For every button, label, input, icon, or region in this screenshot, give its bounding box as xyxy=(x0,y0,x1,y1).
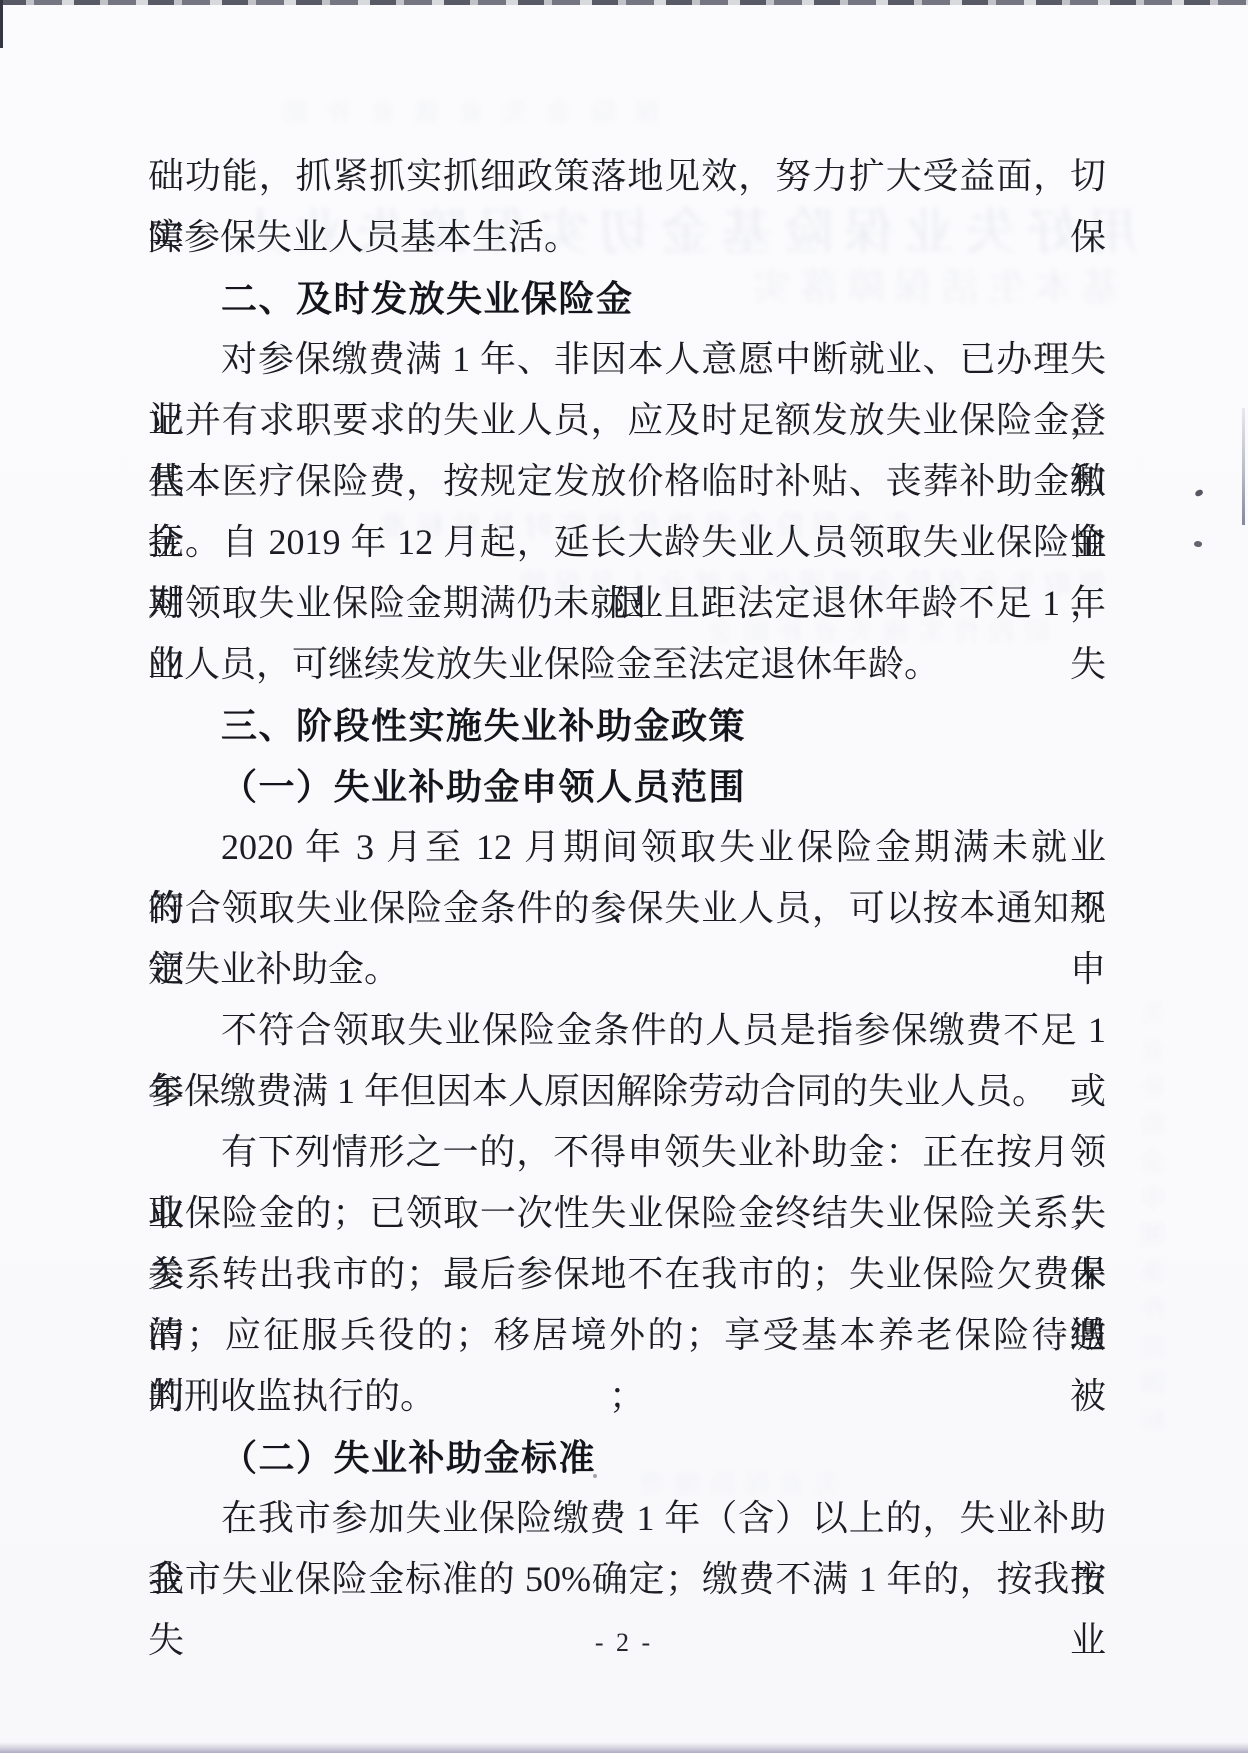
scanned-page: 保险金失业就业补助用好失业保险基金切实保障失业人员基本生活保障落实失业保险金发放… xyxy=(0,0,1248,1753)
heading-line: 三、阶段性实施失业补助金政策 xyxy=(148,695,1106,756)
body-line: 基本医疗保险费，按规定发放价格临时补贴、丧葬补助金和抚恤 xyxy=(148,451,1106,512)
body-line: 不符合领取失业保险金条件的人员是指参保缴费不足 1 年或 xyxy=(148,1000,1106,1061)
body-line: 符合领取失业保险金条件的参保失业人员，可以按本通知规定申 xyxy=(148,878,1106,939)
scan-edge-right-dash xyxy=(1242,408,1245,525)
body-line: 对领取失业保险金期满仍未就业且距法定退休年龄不足 1 年的失 xyxy=(148,573,1106,634)
heading-line: （二）失业补助金标准 xyxy=(148,1427,1106,1488)
bleedthrough-artifact: 保险金失业就业补助 xyxy=(160,92,660,129)
document-body: 础功能，抓紧抓实抓细政策落地见效，努力扩大受益面，切实保障参保失业人员基本生活。… xyxy=(148,146,1106,1610)
body-line: 记并有求职要求的失业人员，应及时足额发放失业保险金，代缴 xyxy=(148,390,1106,451)
body-line: 参保缴费满 1 年但因本人原因解除劳动合同的失业人员。 xyxy=(148,1061,1106,1122)
body-line: 2020 年 3 月至 12 月期间领取失业保险金期满未就业的、不 xyxy=(148,817,1106,878)
heading-line: 二、及时发放失业保险金 xyxy=(148,268,1106,329)
body-line: 我市失业保险金标准的 50%确定；缴费不满 1 年的，按我市失业 xyxy=(148,1549,1106,1610)
heading-line: （一）失业补助金申领人员范围 xyxy=(148,756,1106,817)
ink-speck xyxy=(1194,489,1203,497)
body-line: 础功能，抓紧抓实抓细政策落地见效，努力扩大受益面，切实保 xyxy=(148,146,1106,207)
scan-edge-bottom xyxy=(0,1742,1248,1753)
scan-edge-top xyxy=(0,0,1248,5)
body-line: 关系转出我市的；最后参保地不在我市的；失业保险欠费未清缴 xyxy=(148,1244,1106,1305)
body-line: 对参保缴费满 1 年、非因本人意愿中断就业、已办理失业登 xyxy=(148,329,1106,390)
ink-speck xyxy=(1193,540,1202,548)
body-line: 的；应征服兵役的；移居境外的；享受基本养老保险待遇的；被 xyxy=(148,1305,1106,1366)
scan-edge-left xyxy=(0,0,3,48)
body-line: 有下列情形之一的，不得申领失业补助金：正在按月领取失 xyxy=(148,1122,1106,1183)
page-number: - 2 - xyxy=(0,1628,1248,1658)
body-line: 金。自 2019 年 12 月起，延长大龄失业人员领取失业保险金期限， xyxy=(148,512,1106,573)
body-line: 业保险金的；已领取一次性失业保险金终结失业保险关系；参保 xyxy=(148,1183,1106,1244)
bleedthrough-artifact: 失业补助金申领条件范围标准 xyxy=(1138,1000,1174,1430)
body-line: 在我市参加失业保险缴费 1 年（含）以上的，失业补助金按 xyxy=(148,1488,1106,1549)
